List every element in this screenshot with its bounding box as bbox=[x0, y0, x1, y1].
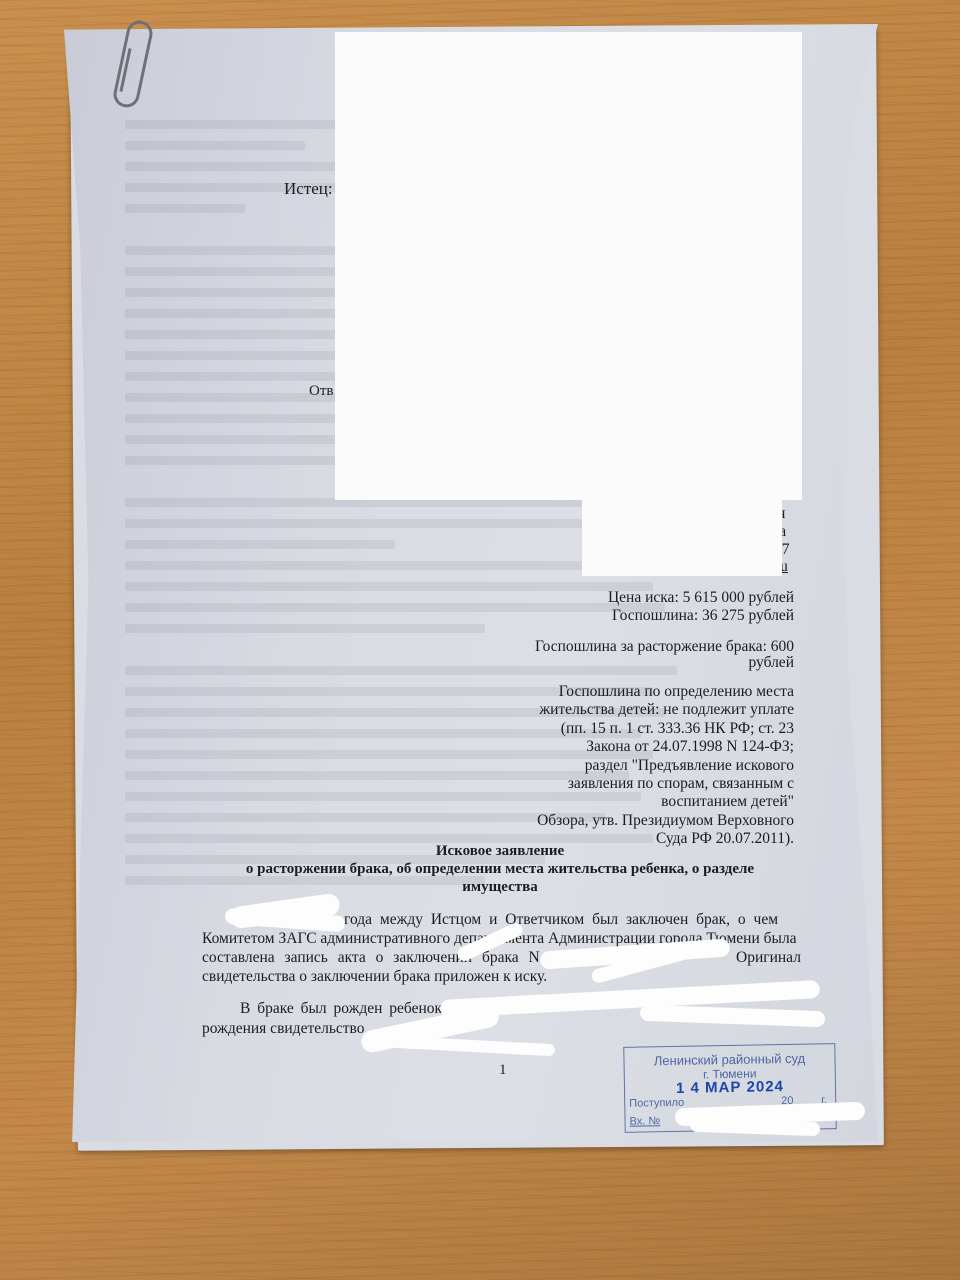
stamp-received-label: Поступило bbox=[629, 1097, 684, 1110]
divorce-duty-cont: рублей bbox=[480, 652, 794, 674]
residence-duty-line: Закона от 24.07.1998 N 124-ФЗ; bbox=[460, 738, 794, 756]
body-paragraph-2: В браке был рожден ребенок: bbox=[240, 998, 446, 1020]
residence-duty-line: раздел "Предъявление искового bbox=[460, 757, 794, 775]
defendant-label: Отв bbox=[309, 380, 333, 402]
document-subtitle-cont: имущества bbox=[170, 876, 830, 898]
state-duty: Госпошлина: 36 275 рублей bbox=[480, 605, 794, 627]
page-number: 1 bbox=[499, 1059, 507, 1081]
residence-duty-line: воспитанием детей" bbox=[460, 793, 794, 811]
stamp-incoming-number: Вх. № bbox=[629, 1115, 660, 1128]
residence-duty-line: (пп. 15 п. 1 ст. 333.36 НК РФ; ст. 23 bbox=[460, 720, 794, 738]
stamp-date: 1 4 МАР 2024 bbox=[625, 1077, 835, 1098]
residence-duty-line: жительства детей: не подлежит уплате bbox=[460, 701, 794, 719]
plaintiff-label: Истец: I bbox=[284, 178, 343, 200]
redaction-block bbox=[582, 490, 782, 576]
residence-duty-line: заявления по спорам, связанным с bbox=[460, 775, 794, 793]
redaction-block bbox=[335, 32, 802, 500]
residence-duty-block: Госпошлина по определению места жительст… bbox=[460, 683, 794, 849]
residence-duty-line: Обзора, утв. Президиумом Верховного bbox=[460, 812, 794, 830]
body-paragraph-2-line: рождения свидетельство bbox=[202, 1018, 365, 1040]
residence-duty-line: Госпошлина по определению места bbox=[460, 683, 794, 701]
body-paragraph-1-line: свидетельства о заключении брака приложе… bbox=[202, 966, 547, 988]
body-paragraph-1-line: Оригинал bbox=[736, 947, 801, 969]
